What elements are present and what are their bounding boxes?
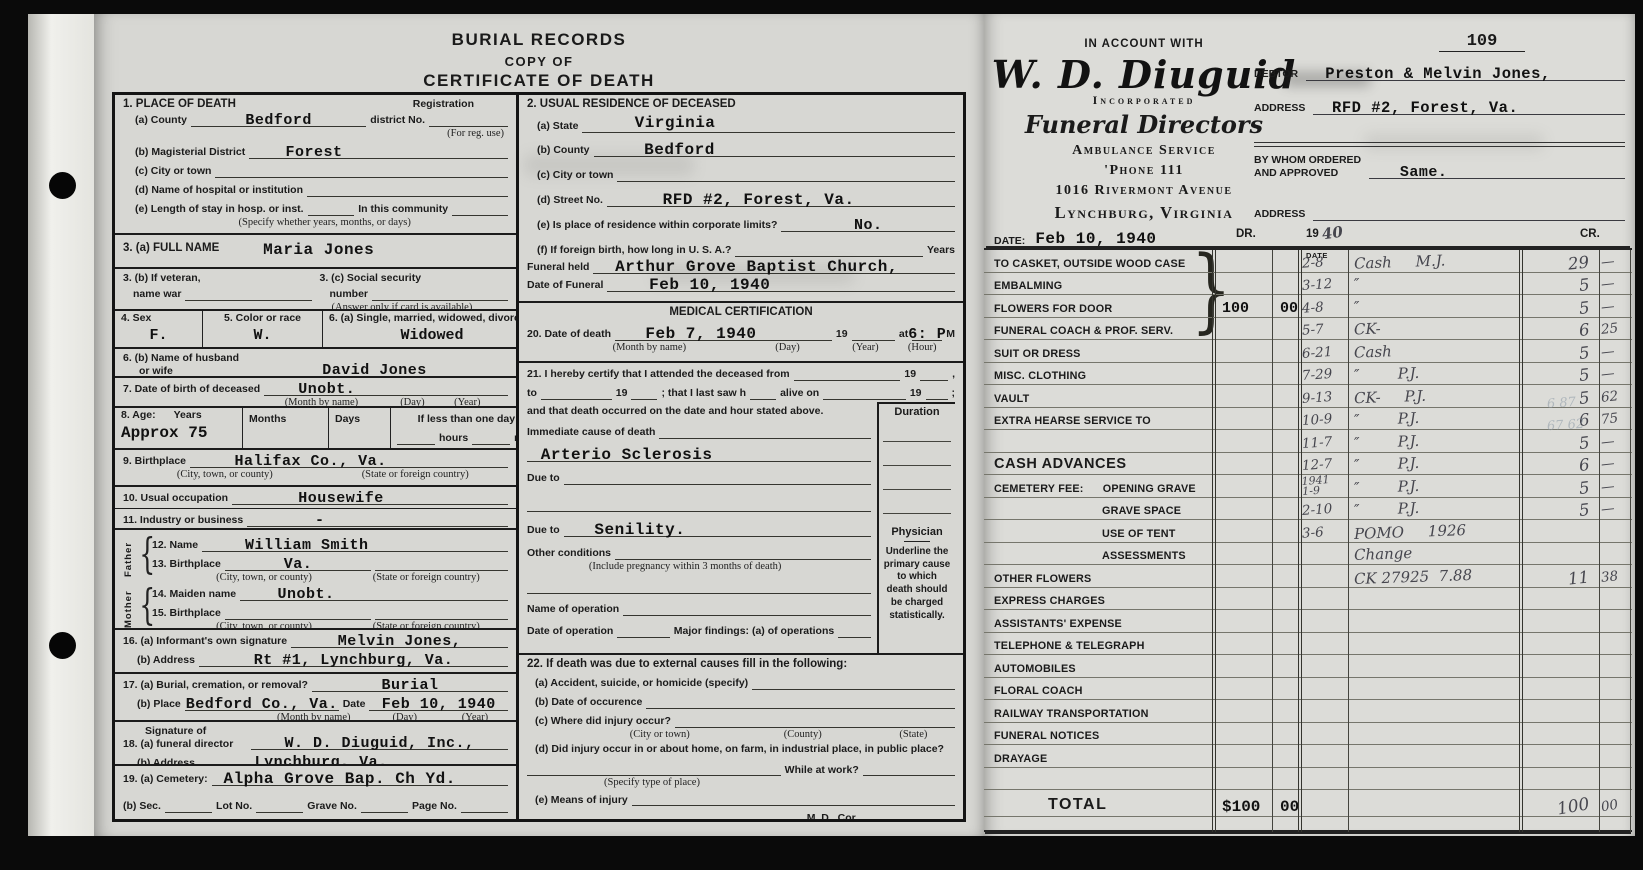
entry-date-cell	[1300, 588, 1348, 611]
item-label: VAULT	[984, 393, 1029, 407]
credit-dollars-cell	[1521, 768, 1599, 791]
s7-hint-day: (Day)	[400, 397, 425, 408]
credit-cents: —	[1600, 298, 1615, 315]
industry-value: -	[315, 512, 325, 529]
debit-dollars-cell	[1214, 430, 1272, 453]
s2-years-label: Years	[927, 244, 955, 257]
entry-date: 2-8	[1302, 256, 1325, 270]
age-value: Approx 75	[121, 424, 236, 442]
s6b-label1: 6. (b) Name of husband	[123, 352, 241, 365]
s16b-label: (b) Address	[137, 654, 195, 667]
magisterial-value: Forest	[286, 144, 343, 161]
ledger-total-row: TOTAL $100 00 100 00	[984, 790, 1632, 817]
imm-cause-line2: Arterio Sclerosis	[527, 447, 871, 462]
s9-label: 9. Birthplace	[123, 455, 186, 468]
debit-cents-cell	[1272, 633, 1300, 656]
race-label: 5. Color or race	[209, 312, 316, 325]
s20-hint-year: (Year)	[852, 342, 878, 353]
item-label: SUIT OR DRESS	[984, 348, 1081, 362]
alive-year-line	[926, 385, 948, 400]
credit-dollars-cell: 11	[1521, 565, 1599, 588]
entry-date: 3-6	[1302, 526, 1325, 540]
credit-cents-cell: —	[1599, 430, 1632, 453]
director-addr-line: Lynchburg, Va.	[199, 754, 508, 766]
father-block: Father { 12. Name William Smith 13. Birt…	[123, 535, 508, 584]
section-3b-3c: 3. (b) If veteran, name war 3. (c) Socia…	[115, 269, 516, 311]
credit-cents-cell: 38	[1599, 565, 1632, 588]
s17-hint-day: (Day)	[393, 712, 418, 722]
entry-desc-cell: ″	[1348, 295, 1521, 318]
entry-date-cell	[1300, 745, 1348, 768]
race-cell: 5. Color or raceW.	[203, 311, 323, 347]
ledger-row: FLOWERS FOR DOOR 100 00 4-8 ″ 5 —	[984, 295, 1632, 318]
item-cell	[984, 768, 1214, 791]
entry-desc-cell: ″ P.J.	[1348, 408, 1521, 431]
duration-line	[883, 442, 951, 466]
section-21-certification: 21. I hereby certify that I attended the…	[519, 363, 963, 655]
attended-from-line	[794, 366, 901, 381]
other-cond-label: Other conditions	[527, 547, 611, 560]
debit-cents-cell	[1272, 588, 1300, 611]
entry-desc-cell: Cash	[1348, 340, 1521, 363]
duration-label: Duration	[883, 406, 951, 418]
debtor-address-label: ADDRESS	[1254, 102, 1305, 115]
credit-cents: —	[1600, 433, 1615, 450]
imm-cause-label: Immediate cause of death	[527, 426, 655, 439]
debit-dollars-cell	[1214, 723, 1272, 746]
ssn-line	[372, 286, 508, 301]
marital-cell: 6. (a) Single, married, widowed, divorce…	[323, 311, 516, 347]
credit-dollars-cell: 6	[1521, 318, 1599, 341]
birthdate-line: Unobt.	[264, 381, 508, 396]
item-cell: VAULT	[984, 385, 1214, 408]
in-account-with-label: IN ACCOUNT WITH	[986, 38, 1302, 50]
section-7-birthdate: 7. Date of birth of deceased Unobt. (Mon…	[115, 378, 516, 408]
director-addr-value: Lynchburg, Va.	[255, 754, 388, 766]
credit-dollars: 5	[1578, 341, 1600, 362]
credit-cents: 25	[1600, 320, 1619, 338]
ledger-row: EMBALMING 3-12 ″ 5 —	[984, 273, 1632, 296]
entry-desc-cell	[1348, 745, 1521, 768]
item-label: FLOWERS FOR DOOR	[984, 303, 1112, 317]
section-11-industry: 11. Industry or business -	[115, 509, 516, 530]
s18b-label: (b) Address	[137, 757, 195, 766]
sex-value: F.	[121, 327, 196, 344]
ordered-by-value: Same.	[1400, 164, 1448, 181]
credit-dollars: 29	[1567, 251, 1600, 273]
due1-line2	[527, 497, 871, 512]
debit-dollars-cell	[1214, 385, 1272, 408]
s20-hint-hour: (Hour)	[908, 342, 937, 353]
lot-line	[256, 798, 303, 813]
s22a-label: (a) Accident, suicide, or homicide (spec…	[535, 677, 748, 690]
account-number: 109	[1439, 32, 1525, 52]
item-label: CASH ADVANCES	[984, 456, 1127, 474]
s2-street-label: (d) Street No.	[537, 194, 603, 207]
informant-line: Melvin Jones,	[291, 633, 508, 648]
entry-desc-cell: Cash M.J.	[1348, 250, 1521, 273]
vertical-rule-thin	[1272, 250, 1273, 832]
credit-dollars: 5	[1578, 476, 1600, 497]
min-line	[472, 430, 510, 445]
s22-hint-place: (Specify type of place)	[604, 777, 700, 788]
days-label: Days	[335, 413, 360, 425]
item-label: FUNERAL COACH & PROF. SERV.	[984, 325, 1173, 339]
section-2-residence: 2. USUAL RESIDENCE OF DECEASED (a) State…	[519, 95, 963, 303]
credit-dollars: 6	[1578, 319, 1600, 340]
entry-desc-cell: ″	[1348, 273, 1521, 296]
s22-hint-county: (County)	[784, 729, 822, 740]
credit-cents: —	[1600, 343, 1615, 360]
s21-semi: ;	[952, 387, 956, 400]
credit-cents-cell	[1599, 723, 1632, 746]
erased-ghost-amount: 67 62	[1547, 417, 1585, 435]
county-value: Bedford	[245, 112, 312, 129]
s18-label1: Signature of	[145, 725, 251, 738]
credit-cents-cell	[1599, 543, 1632, 566]
form-right-column: 2. USUAL RESIDENCE OF DECEASED (a) State…	[519, 95, 963, 819]
street-line: RFD #2, Forest, Va.	[607, 192, 955, 207]
credit-cents: —	[1600, 478, 1615, 495]
sec-line	[165, 798, 212, 813]
mother-brace: {	[139, 586, 149, 630]
debit-cents-cell	[1272, 543, 1300, 566]
s1-county-label: (a) County	[135, 114, 187, 127]
at-work-line	[863, 761, 955, 776]
entry-desc-cell	[1348, 588, 1521, 611]
entry-desc-cell: CK-	[1348, 318, 1521, 341]
debit-dollars-cell	[1214, 273, 1272, 296]
vertical-rule	[1298, 250, 1302, 832]
ledger-row: ASSISTANTS' EXPENSE	[984, 610, 1632, 633]
pageno-line	[461, 798, 508, 813]
due1-label: Due to	[527, 472, 560, 485]
credit-cents: —	[1600, 500, 1615, 517]
debit-cents-cell	[1272, 520, 1300, 543]
debit-cents-cell	[1272, 565, 1300, 588]
credit-cents: —	[1600, 275, 1615, 292]
credit-dollars: 11	[1567, 566, 1600, 588]
entry-desc-cell: ″ P.J.	[1348, 498, 1521, 521]
grave-line	[361, 798, 408, 813]
credit-dollars: 5	[1578, 431, 1600, 452]
mother-birth-line2	[375, 605, 508, 620]
entry-date-cell	[1300, 543, 1348, 566]
item-label: EXTRA HEARSE SERVICE TO	[984, 415, 1151, 429]
debit-dollars-cell	[1214, 453, 1272, 476]
item-label: AUTOMOBILES	[984, 663, 1076, 677]
s3a-label: 3. (a) FULL NAME	[123, 242, 219, 256]
debit-dollars-cell	[1214, 678, 1272, 701]
debit-cents-cell	[1272, 678, 1300, 701]
credit-cents-cell: —	[1599, 453, 1632, 476]
entry-description: ″ P.J.	[1354, 409, 1420, 429]
major-findings-label: Major findings: (a) of operations	[674, 625, 834, 638]
section-6b-spouse: 6. (b) Name of husband or wife David Jon…	[115, 349, 516, 378]
total-credit-cents-cell: 00	[1599, 790, 1632, 817]
entry-date: 2-10	[1302, 503, 1333, 518]
credit-cents-cell	[1599, 610, 1632, 633]
entry-date-cell: 5-7	[1300, 318, 1348, 341]
entry-date-cell: 1941 1-9	[1300, 475, 1348, 498]
entry-date: 4-8	[1302, 301, 1325, 315]
burial-place-value: Bedford Co., Va.	[186, 696, 338, 713]
debit-cents-cell	[1272, 768, 1300, 791]
ledger-row: 11-7 ″ P.J. 67 625 —	[984, 430, 1632, 453]
s1-hospital-label: (d) Name of hospital or institution	[135, 184, 303, 197]
s21-text1: 21. I hereby certify that I attended the…	[527, 368, 790, 381]
entry-date: 10-9	[1302, 413, 1333, 428]
item-cell: EXPRESS CHARGES	[984, 588, 1214, 611]
burial-date-value: Feb 10, 1940	[382, 696, 496, 713]
total-date-cell	[1300, 790, 1348, 817]
ledger-row: RAILWAY TRANSPORTATION	[984, 700, 1632, 723]
entry-date: 6-21	[1302, 346, 1333, 361]
s17-hint-month: (Month by name)	[277, 712, 351, 722]
ledger-row: CEMETERY FEE: OPENING GRAVE 1941 1-9 ″ P…	[984, 475, 1632, 498]
debit-dollars-cell	[1214, 408, 1272, 431]
s9-hint-state: (State or foreign country)	[362, 469, 469, 480]
credit-dollars-cell	[1521, 678, 1599, 701]
account-ledger-page: IN ACCOUNT WITH W. D. Diuguid Incorporat…	[984, 14, 1635, 836]
title-burial-records: BURIAL RECORDS	[94, 30, 984, 50]
lastsaw-line	[750, 385, 776, 400]
item-label: OTHER FLOWERS	[984, 573, 1091, 587]
funeral-held-value: Arthur Grove Baptist Church,	[615, 258, 898, 276]
attended-to-year	[631, 385, 657, 400]
ledger-row: USE OF TENT 3-6 POMO 1926	[984, 520, 1632, 543]
entry-date-cell	[1300, 655, 1348, 678]
s19b-label: (b) Sec.	[123, 800, 161, 813]
burial-place-line: Bedford Co., Va.	[185, 696, 339, 711]
vertical-rule-thin	[1599, 250, 1600, 832]
debtor-address-field: ADDRESS RFD #2, Forest, Va.	[1254, 98, 1625, 115]
debit-cents: 00	[1280, 300, 1298, 317]
op-date-label: Date of operation	[527, 625, 613, 638]
ledger-row: EXPRESS CHARGES	[984, 588, 1632, 611]
spouse-line: David Jones	[241, 362, 508, 377]
vertical-rule	[1519, 250, 1523, 832]
s21-19b: 19	[616, 387, 628, 400]
mother-label: Mother	[123, 586, 136, 630]
entry-date: 9-13	[1302, 391, 1333, 406]
entry-date-cell: 3-6	[1300, 520, 1348, 543]
dr-header: DR.	[1236, 228, 1256, 240]
second-address-line	[1313, 204, 1625, 221]
foreign-line	[735, 242, 923, 257]
findings-line	[838, 623, 871, 638]
due2-label: Due to	[527, 524, 560, 537]
s21-alive: alive on	[780, 387, 819, 400]
credit-dollars-cell	[1521, 745, 1599, 768]
entry-desc-cell	[1348, 655, 1521, 678]
hospital-line	[307, 182, 508, 197]
item-cell: CASH ADVANCES	[984, 453, 1214, 476]
item-label: ASSESSMENTS	[984, 550, 1186, 564]
s22d-label: (d) Did injury occur in or about home, o…	[535, 743, 955, 756]
credit-cents: 38	[1600, 568, 1619, 586]
res-corp-value: No.	[854, 217, 883, 234]
credit-dollars-cell	[1521, 520, 1599, 543]
entry-desc-cell: ″ P.J.	[1348, 363, 1521, 386]
debit-cents-cell	[1272, 318, 1300, 341]
mother-hint-city: (City, town, or county)	[216, 621, 312, 630]
total-label-cell: TOTAL	[984, 790, 1214, 817]
other-cond-line	[615, 545, 871, 560]
debit-dollars: 100	[1222, 300, 1249, 317]
item-label: FUNERAL NOTICES	[984, 730, 1099, 744]
entry-date-cell	[1300, 723, 1348, 746]
entry-description: POMO 1926	[1354, 521, 1467, 543]
s22c-label: (c) Where did injury occur?	[535, 715, 671, 728]
debit-cents-cell	[1272, 475, 1300, 498]
street-value: RFD #2, Forest, Va.	[663, 191, 855, 209]
total-debit-dollars-cell: $100	[1214, 790, 1272, 817]
state-value: Virginia	[635, 114, 716, 132]
informant-addr-value: Rt #1, Lynchburg, Va.	[254, 652, 454, 669]
occupation-line: Housewife	[232, 490, 508, 505]
due2-value: Senility.	[594, 521, 685, 539]
director-line: W. D. Diuguid, Inc.,	[251, 735, 508, 750]
sex-cell: 4. SexF.	[115, 311, 203, 347]
birthplace-value: Halifax Co., Va.	[235, 453, 387, 470]
s22-heading: 22. If death was due to external causes …	[527, 658, 955, 672]
debtor-value: Preston & Melvin Jones,	[1325, 65, 1550, 83]
credit-dollars: 5	[1578, 364, 1600, 385]
section-18-funeral-director: Signature of 18. (a) funeral director W.…	[115, 722, 516, 766]
due1-line	[564, 470, 871, 485]
stay-line	[308, 201, 355, 216]
section-1-place-of-death: 1. PLACE OF DEATH Registration (a) Count…	[115, 95, 516, 235]
credit-dollars-cell	[1521, 610, 1599, 633]
debit-cents-cell	[1272, 273, 1300, 296]
s1-reg-label2: district No.	[370, 114, 425, 127]
s2-state-label: (a) State	[537, 120, 578, 133]
debit-dollars-cell	[1214, 768, 1272, 791]
form-left-column: 1. PLACE OF DEATH Registration (a) Count…	[115, 95, 519, 819]
credit-dollars-cell	[1521, 633, 1599, 656]
op-name-label: Name of operation	[527, 603, 619, 616]
entry-desc-cell: CK 27925 7.88	[1348, 565, 1521, 588]
mother-birth-line	[225, 605, 371, 620]
debit-cents-cell	[1272, 453, 1300, 476]
debit-cents-cell	[1272, 363, 1300, 386]
entry-desc-cell	[1348, 768, 1521, 791]
min-label: min.	[514, 432, 516, 445]
s1-stay-hint: (Specify whether years, months, or days)	[239, 217, 411, 228]
cemetery-line: Alpha Grove Bap. Ch Yd.	[212, 771, 508, 786]
ledger-bottom-rule	[984, 817, 1632, 832]
debit-dollars-cell	[1214, 565, 1272, 588]
s17b-label: (b) Place	[137, 698, 181, 711]
regno-line	[429, 112, 508, 127]
credit-cents: —	[1600, 365, 1615, 382]
item-cell	[984, 430, 1214, 453]
s21-to: to	[527, 387, 537, 400]
entry-date: 1941 1-9	[1301, 475, 1330, 498]
magisterial-line: Forest	[249, 144, 508, 159]
s1-heading: 1. PLACE OF DEATH	[123, 98, 236, 112]
debtor-field: DEBTOR Preston & Melvin Jones,	[1254, 64, 1625, 81]
section-4-5-6a: 4. SexF. 5. Color or raceW. 6. (a) Singl…	[115, 311, 516, 349]
death-hour-line: 6: P	[912, 326, 942, 341]
credit-cents-cell: —	[1599, 475, 1632, 498]
father-birth-value: Va.	[284, 556, 313, 573]
ordered-by-line: Same.	[1369, 162, 1625, 179]
father-birth-line2	[375, 556, 508, 571]
entry-date-cell	[1300, 768, 1348, 791]
entry-date: 11-7	[1302, 436, 1333, 451]
attended-from-year	[920, 366, 948, 381]
mother-name-value: Unobt.	[278, 586, 335, 603]
credit-dollars: 6	[1578, 454, 1600, 475]
credit-cents-cell: —	[1599, 363, 1632, 386]
credit-dollars-cell: 5	[1521, 340, 1599, 363]
debit-cents-cell	[1272, 430, 1300, 453]
item-cell: ASSESSMENTS	[984, 543, 1214, 566]
ledger-row: FLORAL COACH	[984, 678, 1632, 701]
occupation-value: Housewife	[298, 490, 384, 507]
years-label: Years	[174, 409, 202, 422]
mother-birth-label: 15. Birthplace	[152, 607, 221, 620]
burial-value: Burial	[381, 677, 438, 694]
entry-date-cell: 12-7	[1300, 453, 1348, 476]
credit-cents: 62	[1600, 388, 1619, 406]
entry-description: ″	[1354, 275, 1360, 293]
debit-dollars-cell	[1214, 543, 1272, 566]
s19-lot-label: Lot No.	[216, 800, 252, 813]
lessday-label: If less than one day	[397, 413, 516, 426]
s22-hint-state: (State)	[899, 729, 927, 740]
father-hint-state: (State or foreign country)	[373, 572, 480, 583]
total-desc-cell	[1348, 790, 1521, 817]
s2-county-label: (b) County	[537, 144, 590, 157]
entry-date-cell	[1300, 633, 1348, 656]
debit-dollars-cell	[1214, 318, 1272, 341]
burial-line: Burial	[312, 677, 508, 692]
ledger-row: SUIT OR DRESS 6-21 Cash 5 —	[984, 340, 1632, 363]
s19a-label: 19. (a) Cemetery:	[123, 773, 208, 786]
credit-cents-cell: —	[1599, 498, 1632, 521]
op-name-line	[623, 601, 871, 616]
cr-header: CR.	[1580, 228, 1600, 240]
burial-date-line: Feb 10, 1940	[369, 696, 508, 711]
entry-desc-cell: POMO 1926	[1348, 520, 1521, 543]
funeral-date-line: Feb 10, 1940	[607, 277, 955, 292]
s2-heading: 2. USUAL RESIDENCE OF DECEASED	[527, 98, 955, 112]
industry-line: -	[247, 512, 508, 527]
s1-city-label: (c) City or town	[135, 165, 211, 178]
md-cor-label1: M. D., Cor.,	[807, 812, 861, 819]
scanned-burial-record: BURIAL RECORDS COPY OF CERTIFICATE OF DE…	[0, 0, 1643, 870]
s2-city-label: (c) City or town	[537, 169, 613, 182]
race-value: W.	[209, 327, 316, 344]
item-label: GRAVE SPACE	[984, 505, 1181, 519]
item-label: TELEPHONE & TELEGRAPH	[984, 640, 1145, 654]
entry-desc-cell	[1348, 678, 1521, 701]
age-days-cell: Days	[329, 408, 391, 448]
s2-corp-label: (e) Is place of residence within corpora…	[537, 219, 777, 232]
s3c-hint: (Answer only if card is available)	[332, 302, 473, 311]
debit-dollars-cell	[1214, 250, 1272, 273]
total-debit-cents: 00	[1280, 798, 1299, 816]
credit-dollars-cell: 29	[1521, 250, 1599, 273]
duration-line	[883, 466, 951, 490]
entry-description: ″ P.J.	[1354, 431, 1420, 451]
s20-at-label: at	[899, 328, 908, 341]
s17-date-label: Date	[343, 698, 366, 711]
due2-line: Senility.	[564, 522, 871, 537]
